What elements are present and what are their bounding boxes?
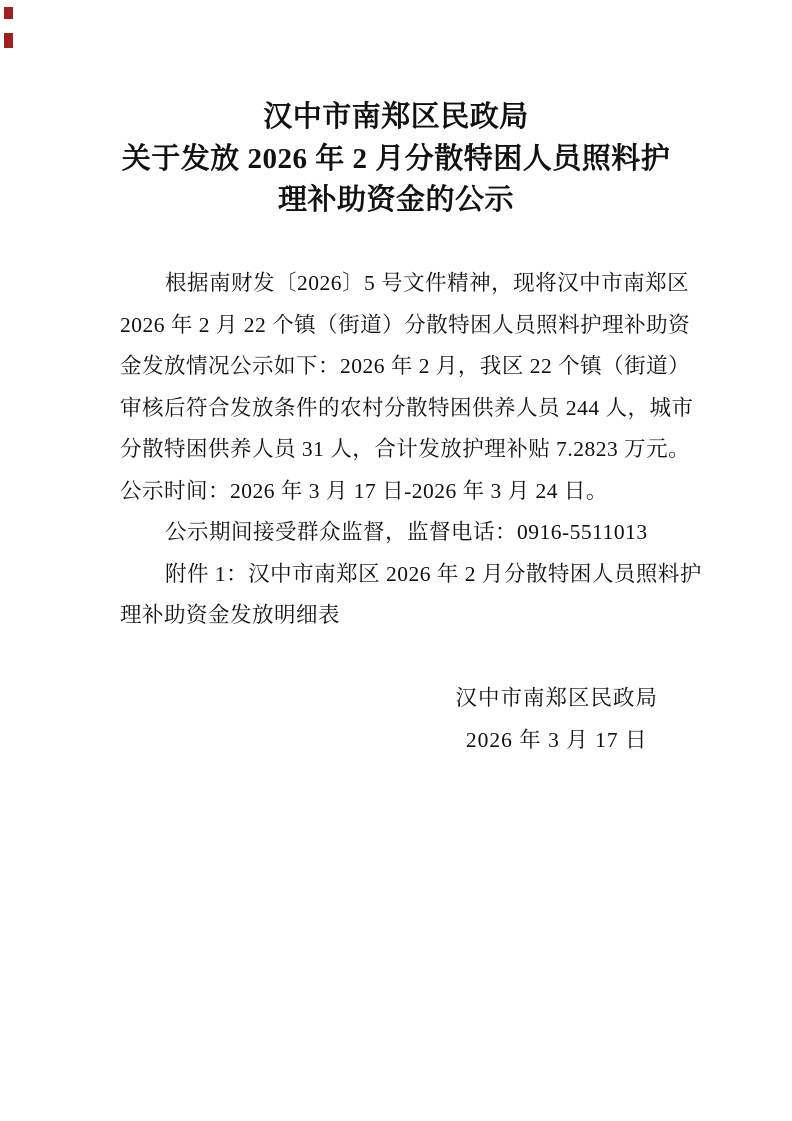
signature-date: 2026 年 3 月 17 日 [455,720,658,762]
title-line-3: 理补助资金的公示 [120,180,672,222]
document-page: 汉中市南郑区民政局 关于发放 2026 年 2 月分散特困人员照料护 理补助资金… [0,0,792,1121]
red-artifact-mark-bottom [4,33,13,48]
document-title: 汉中市南郑区民政局 关于发放 2026 年 2 月分散特困人员照料护 理补助资金… [120,97,672,222]
signature-organization: 汉中市南郑区民政局 [455,678,658,720]
document-content: 汉中市南郑区民政局 关于发放 2026 年 2 月分散特困人员照料护 理补助资金… [120,97,672,761]
red-artifact-mark-top [4,7,13,19]
paragraph1-line-2: 2026 年 2 月 22 个镇（街道）分散特困人员照料护理补助资 [120,305,672,347]
title-body-gap [120,222,672,264]
title-line-2: 关于发放 2026 年 2 月分散特困人员照料护 [120,139,672,181]
supervision-line: 公示期间接受群众监督，监督电话：0916-5511013 [120,512,672,554]
paragraph1-line-4: 审核后符合发放条件的农村分散特困供养人员 244 人，城市 [120,388,672,430]
attachment-line-1: 附件 1：汉中市南郑区 2026 年 2 月分散特困人员照料护 [120,554,672,596]
paragraph1-line-5: 分散特困供养人员 31 人，合计发放护理补贴 7.2823 万元。 [120,429,672,471]
paragraph1-line-1: 根据南财发〔2026〕5 号文件精神，现将汉中市南郑区 [120,263,672,305]
paragraph1-line-6: 公示时间：2026 年 3 月 17 日-2026 年 3 月 24 日。 [120,471,672,513]
attachment-reference: 附件 1：汉中市南郑区 2026 年 2 月分散特困人员照料护 理补助资金发放明… [120,554,672,637]
body-paragraph-1: 根据南财发〔2026〕5 号文件精神，现将汉中市南郑区 2026 年 2 月 2… [120,263,672,512]
title-line-1: 汉中市南郑区民政局 [120,97,672,139]
attachment-line-2: 理补助资金发放明细表 [120,595,672,637]
signature-gap [120,637,672,679]
paragraph1-line-3: 金发放情况公示如下：2026 年 2 月，我区 22 个镇（街道） [120,346,672,388]
signature-block: 汉中市南郑区民政局 2026 年 3 月 17 日 [455,678,658,761]
